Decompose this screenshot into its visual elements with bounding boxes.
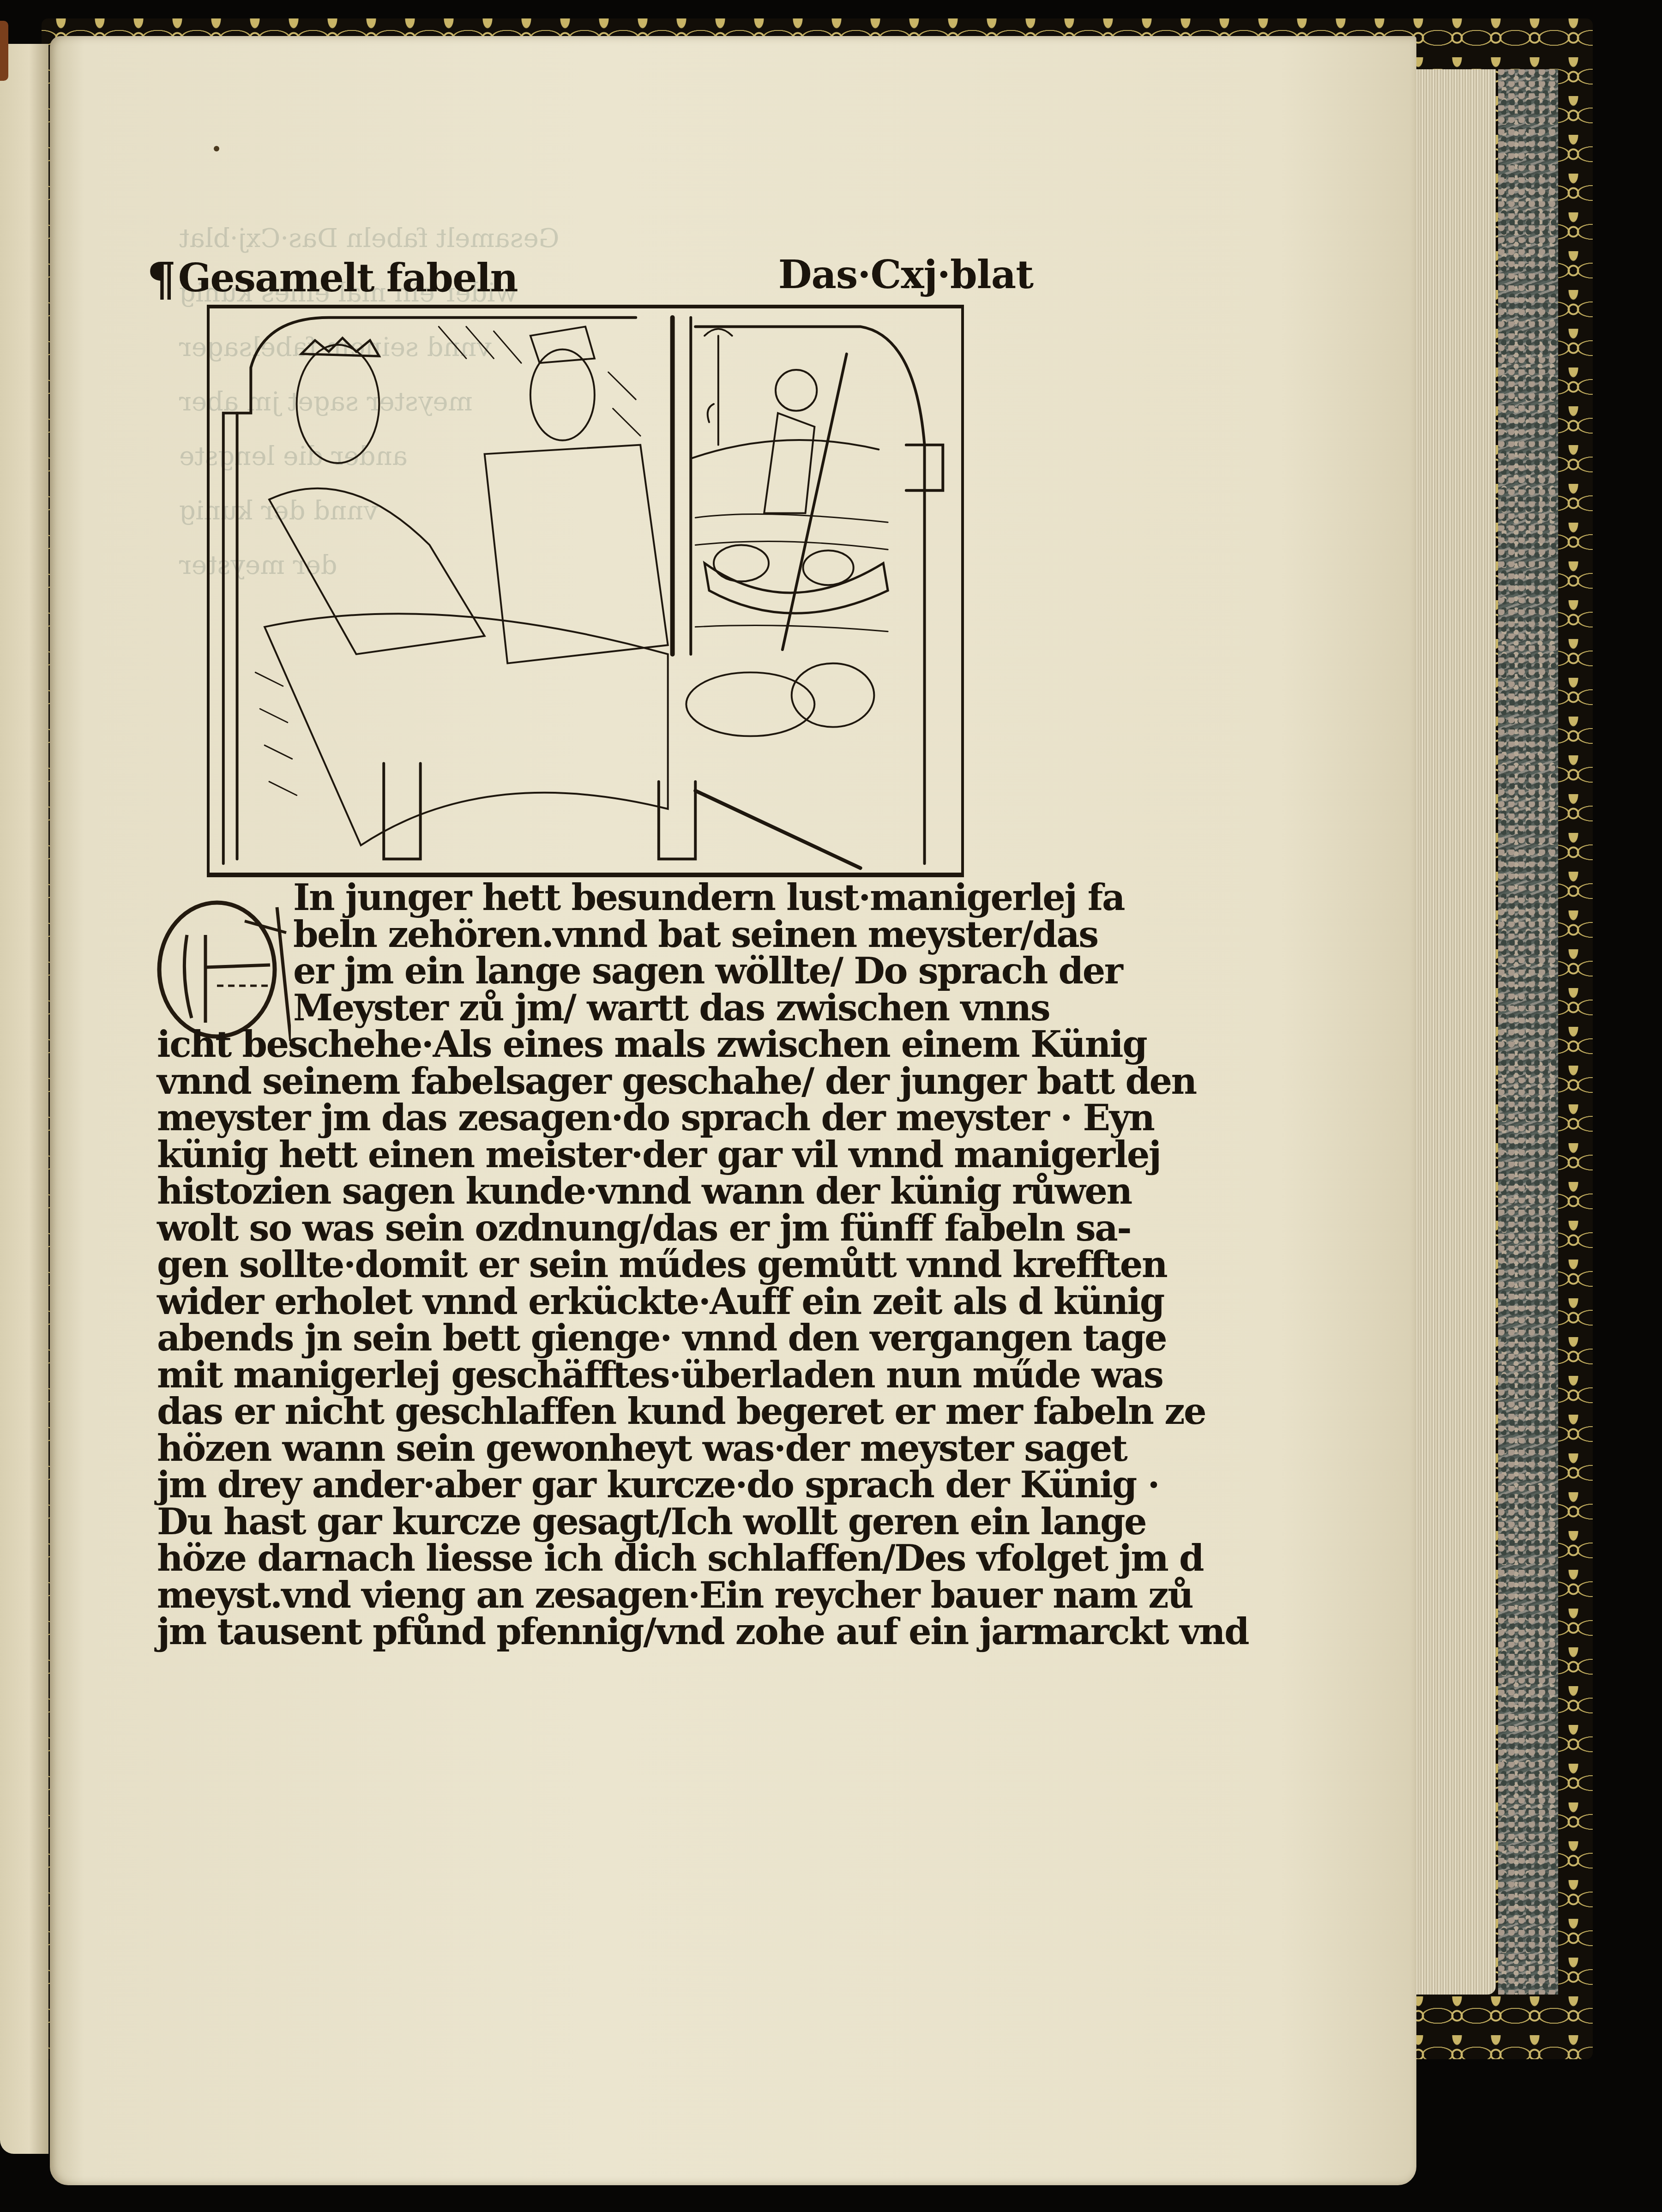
text-line: wolt so was sein ozdnung/das er jm fünff… xyxy=(157,1210,1053,1247)
text-line: das er nicht geschlaffen kund begeret er… xyxy=(157,1393,1053,1430)
text-line: jm drey ander·aber gar kurcze·do sprach … xyxy=(157,1467,1053,1504)
text-line: Meyster zů jm/ wartt das zwischen vnns xyxy=(157,990,1053,1027)
marbled-endpaper xyxy=(1498,69,1558,1995)
text-line: höze darnach liesse ich dich schlaffen/D… xyxy=(157,1540,1053,1577)
text-line: icht beschehe·Als eines mals zwischen ei… xyxy=(157,1026,1053,1063)
text-line: wider erholet vnnd erkückte·Auff ein zei… xyxy=(157,1284,1053,1320)
page-block-edges xyxy=(1413,69,1496,1995)
text-line: künig hett einen meister·der gar vil vnn… xyxy=(157,1137,1053,1174)
text-line: In junger hett besundern lust·manigerlej… xyxy=(157,880,1053,916)
text-line: meyster jm das zesagen·do sprach der mey… xyxy=(157,1100,1053,1137)
pilcrow-icon: ¶ xyxy=(147,252,175,306)
text-line: er jm ein lange sagen wöllte/ Do sprach … xyxy=(157,953,1053,990)
text-line: histozien sagen kunde·vnnd wann der küni… xyxy=(157,1173,1053,1210)
left-page-edge xyxy=(0,44,48,2154)
text-line: abends jn sein bett gienge· vnnd den ver… xyxy=(157,1320,1053,1357)
text-line: beln zehören.vnnd bat seinen meyster/das xyxy=(157,916,1053,953)
running-head-title: ¶Gesamelt fabeln xyxy=(147,252,518,306)
paper-speck xyxy=(214,146,219,151)
running-head: ¶Gesamelt fabeln Das·Cxj·blat xyxy=(147,252,1033,302)
text-line: gen sollte·domit er sein műdes gemůtt vn… xyxy=(157,1247,1053,1284)
text-line: meyst.vnd vieng an zesagen·Ein reycher b… xyxy=(157,1577,1053,1614)
text-line: Du hast gar kurcze gesagt/Ich wollt gere… xyxy=(157,1504,1053,1541)
text-line: hözen wann sein gewonheyt was·der meyste… xyxy=(157,1430,1053,1467)
text-line: vnnd seinem fabelsager geschahe/ der jun… xyxy=(157,1063,1053,1100)
body-text-block: In junger hett besundern lust·manigerlej… xyxy=(157,880,1053,1651)
text-line: mit manigerlej geschäfftes·überladen nun… xyxy=(157,1357,1053,1394)
text-line: jm tausent pfůnd pfennig/vnd zohe auf ei… xyxy=(157,1614,1053,1651)
folio-number: Das·Cxj·blat xyxy=(778,252,1033,297)
woodcut-illustration xyxy=(207,305,964,877)
